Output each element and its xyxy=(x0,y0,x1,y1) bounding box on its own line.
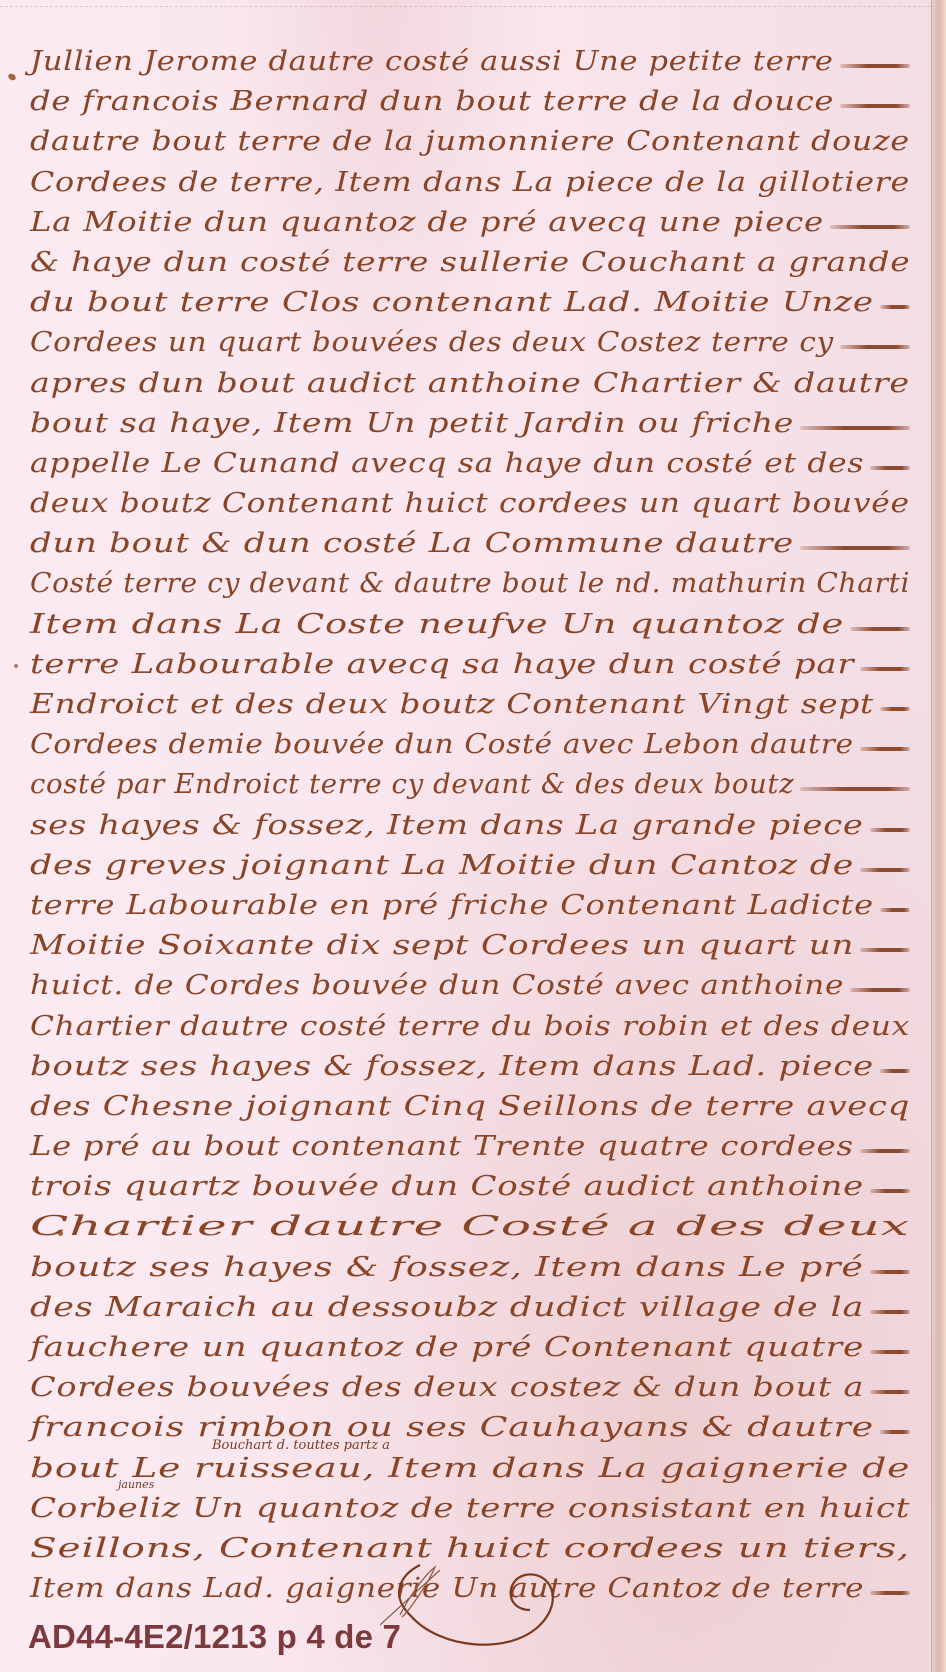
manuscript-line: bout Le ruisseau, Item dans La gaignerie… xyxy=(30,1449,910,1489)
manuscript-line: Endroict et des deux boutz Contenant Vin… xyxy=(30,685,910,725)
line-filler-stroke xyxy=(840,104,910,108)
line-filler-stroke xyxy=(880,1430,910,1434)
manuscript-page: Jullien Jerome dautre costé aussi Une pe… xyxy=(0,0,946,1672)
ink-speck-mark xyxy=(13,663,18,668)
manuscript-line: des Maraich au dessoubz dudict village d… xyxy=(30,1288,910,1328)
manuscript-line: deux boutz Contenant huict cordees un qu… xyxy=(30,484,910,524)
manuscript-line: francois rimbon ou ses Cauhayans & dautr… xyxy=(30,1408,910,1448)
manuscript-line: ses hayes & fossez, Item dans La grande … xyxy=(30,806,910,846)
manuscript-line: apres dun bout audict anthoine Chartier … xyxy=(30,364,910,404)
manuscript-line: Costé terre cy devant & dautre bout le n… xyxy=(30,564,910,604)
line-filler-stroke xyxy=(870,1310,910,1314)
manuscript-line: Moitie Soixante dix sept Cordees un quar… xyxy=(30,926,910,966)
line-filler-stroke xyxy=(880,1069,910,1073)
line-filler-stroke xyxy=(860,948,910,952)
line-filler-stroke xyxy=(850,988,910,992)
manuscript-line: Le pré au bout contenant Trente quatre c… xyxy=(30,1127,910,1167)
line-filler-stroke xyxy=(870,1390,910,1394)
line-filler-stroke xyxy=(870,828,910,832)
manuscript-line: bout sa haye, Item Un petit Jardin ou fr… xyxy=(30,404,910,444)
manuscript-line: dautre bout terre de la jumonniere Conte… xyxy=(30,122,910,162)
line-filler-stroke xyxy=(870,1350,910,1354)
line-filler-stroke xyxy=(880,305,910,309)
line-filler-stroke xyxy=(860,868,910,872)
manuscript-line: Cordees demie bouvée dun Costé avec Lebo… xyxy=(30,725,910,765)
ink-blot-mark xyxy=(7,72,17,81)
manuscript-line: Cordees bouvées des deux costez & dun bo… xyxy=(30,1368,910,1408)
manuscript-line: & haye dun costé terre sullerie Couchant… xyxy=(30,243,910,283)
line-filler-stroke xyxy=(870,1189,910,1193)
manuscript-line: Jullien Jerome dautre costé aussi Une pe… xyxy=(30,42,910,82)
manuscript-line: terre Labourable en pré friche Contenant… xyxy=(30,886,910,926)
line-filler-stroke xyxy=(870,1591,910,1595)
manuscript-line: appelle Le Cunand avecq sa haye dun cost… xyxy=(30,444,910,484)
manuscript-line: Item dans La Coste neufve Un quantoz de xyxy=(30,605,910,645)
manuscript-line: costé par Endroict terre cy devant & des… xyxy=(30,765,910,805)
manuscript-line: du bout terre Clos contenant Lad. Moitie… xyxy=(30,283,910,323)
manuscript-line: Cordees un quart bouvées des deux Costez… xyxy=(30,323,910,363)
manuscript-line: terre Labourable avecq sa haye dun costé… xyxy=(30,645,910,685)
line-filler-stroke xyxy=(870,1270,910,1274)
line-filler-stroke xyxy=(850,627,910,631)
line-filler-stroke xyxy=(800,546,910,550)
line-filler-stroke xyxy=(840,64,910,68)
archive-reference-caption: AD44-4E2/1213 p 4 de 7 xyxy=(28,1618,401,1656)
manuscript-line: dun bout & dun costé La Commune dautre xyxy=(30,524,910,564)
line-filler-stroke xyxy=(830,225,910,229)
line-filler-stroke xyxy=(870,466,910,470)
manuscript-line: des greves joignant La Moitie dun Cantoz… xyxy=(30,846,910,886)
top-rule xyxy=(0,0,946,7)
manuscript-line: Chartier dautre Costé a des deux xyxy=(30,1207,910,1247)
manuscript-line: Chartier dautre costé terre du bois robi… xyxy=(30,1007,910,1047)
line-filler-stroke xyxy=(800,787,910,791)
line-filler-stroke xyxy=(840,345,910,349)
manuscript-line: trois quartz bouvée dun Costé audict ant… xyxy=(30,1167,910,1207)
manuscript-line: boutz ses hayes & fossez, Item dans Le p… xyxy=(30,1248,910,1288)
binding-edge xyxy=(931,0,946,1672)
manuscript-text: Jullien Jerome dautre costé aussi Une pe… xyxy=(30,42,910,1609)
line-filler-stroke xyxy=(800,426,910,430)
line-filler-stroke xyxy=(880,707,910,711)
signature-flourish xyxy=(380,1555,680,1665)
manuscript-line: de francois Bernard dun bout terre de la… xyxy=(30,82,910,122)
line-filler-stroke xyxy=(880,908,910,912)
manuscript-line: huict. de Cordes bouvée dun Costé avec a… xyxy=(30,966,910,1006)
manuscript-line: Corbeliz Un quantoz de terre consistant … xyxy=(30,1489,910,1529)
line-filler-stroke xyxy=(860,747,910,751)
interlinear-note: Bouchart d. touttes partz a xyxy=(212,1438,390,1453)
line-filler-stroke xyxy=(860,1149,910,1153)
manuscript-line: La Moitie dun quantoz de pré avecq une p… xyxy=(30,203,910,243)
manuscript-line: Cordees de terre, Item dans La piece de … xyxy=(30,163,910,203)
manuscript-line: boutz ses hayes & fossez, Item dans Lad.… xyxy=(30,1047,910,1087)
manuscript-line: fauchere un quantoz de pré Contenant qua… xyxy=(30,1328,910,1368)
line-filler-stroke xyxy=(860,667,910,671)
manuscript-line: des Chesne joignant Cinq Seillons de ter… xyxy=(30,1087,910,1127)
interlinear-note: jaunes xyxy=(118,1478,154,1491)
